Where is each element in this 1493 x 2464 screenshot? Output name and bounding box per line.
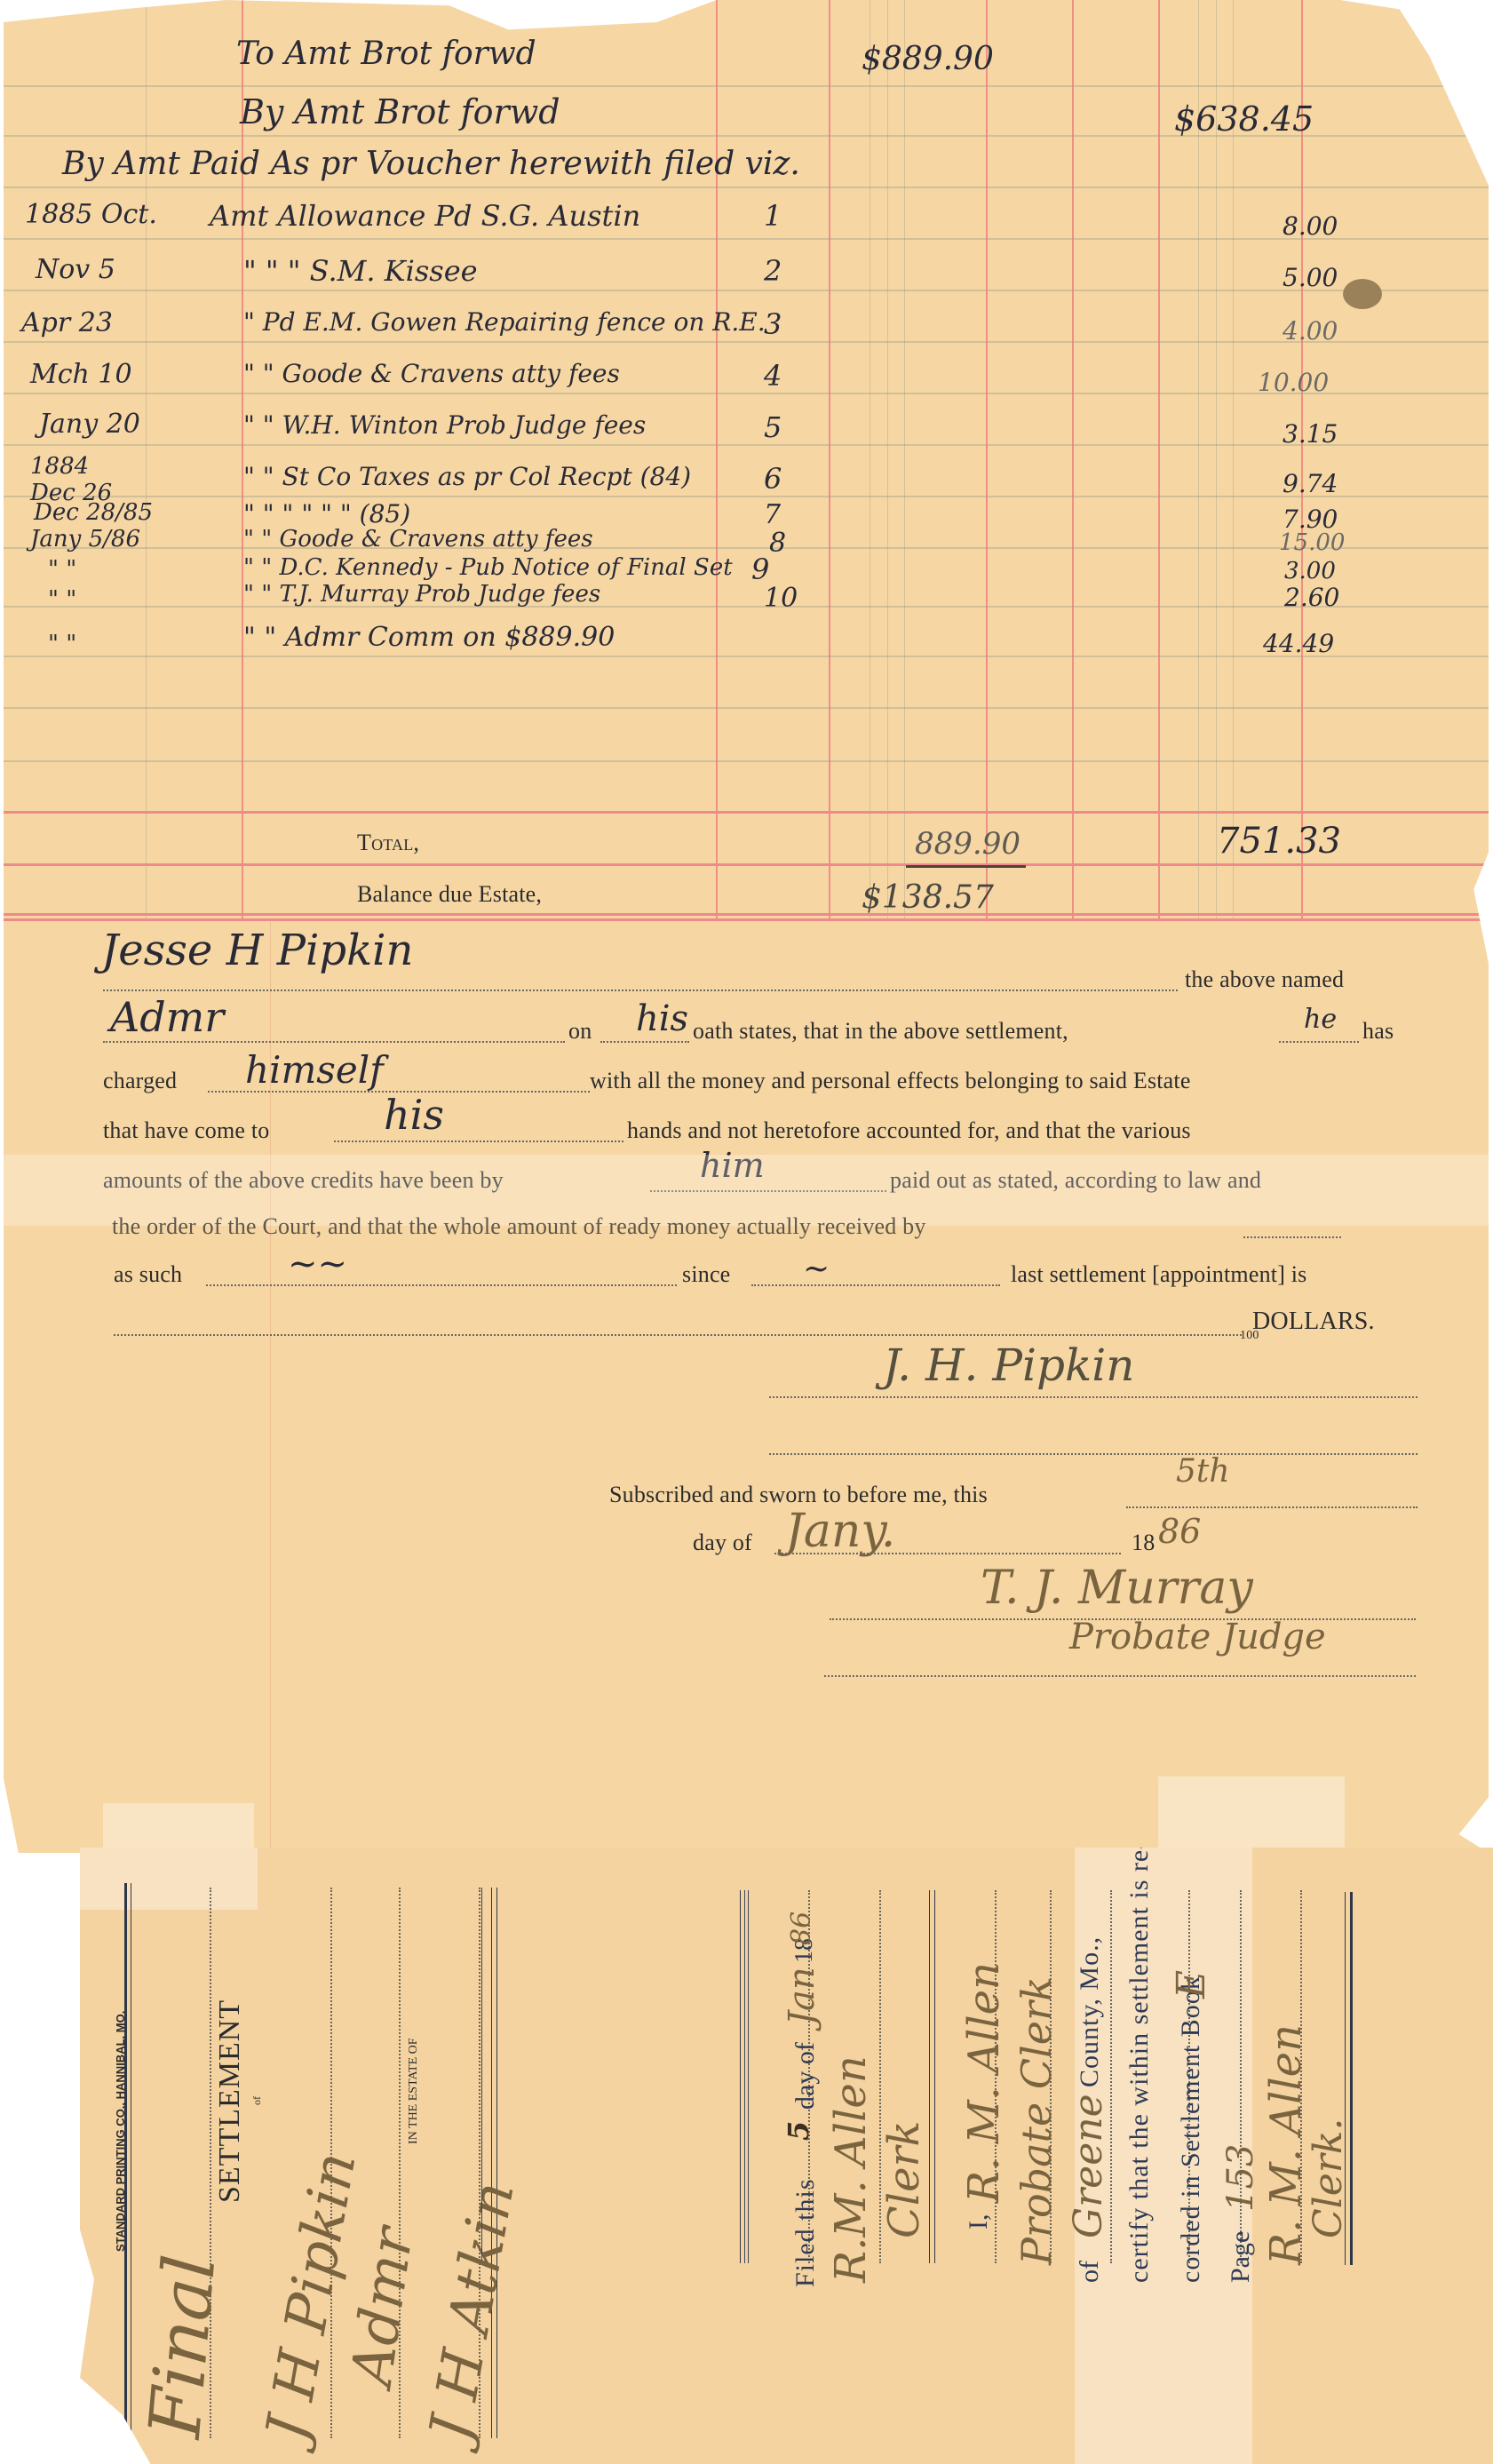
entry-description: Amt Allowance Pd S.G. Austin [210, 199, 640, 233]
ruled-line [4, 547, 1489, 549]
entry-date: Dec 28/85 [34, 499, 153, 526]
oath-text: has [1362, 1018, 1394, 1045]
page-value: 153 [1220, 2144, 1261, 2212]
oath-text: with all the money and personal effects … [590, 1068, 1191, 1094]
jurat-year: 86 [1158, 1512, 1201, 1551]
column-rule [870, 0, 870, 918]
docket-panel: STANDARD PRINTING CO., HANNIBAL, MO. Fin… [80, 1848, 1493, 2464]
estate-name: J H Atkin [417, 2177, 528, 2445]
entry-voucher: 1 [764, 199, 782, 233]
entry-description: " " " " " " (85) [243, 499, 410, 529]
final-label: Final [133, 2252, 232, 2441]
entry-description: " " Goode & Cravens atty fees [243, 359, 620, 388]
ruled-line [4, 496, 1489, 497]
panel-rule [128, 1883, 130, 2363]
entry-voucher: 4 [764, 359, 782, 393]
entry-amount: 15.00 [1279, 529, 1345, 556]
panel-rule [748, 1890, 749, 2263]
balance-label: Balance due Estate, [357, 881, 542, 908]
entry-description: " " " S.M. Kissee [243, 254, 478, 288]
entry-amount: 5.00 [1283, 263, 1338, 292]
ruled-line [4, 187, 1489, 188]
signature-line [824, 1675, 1416, 1677]
administrator-signature: J. H. Pipkin [883, 1339, 1134, 1391]
oath-text: as such [114, 1261, 182, 1288]
judge-signature: T. J. Murray [981, 1562, 1253, 1615]
settlement-title: SETTLEMENT [213, 1999, 247, 2203]
oath-text: oath states, that in the above settlemen… [693, 1018, 1068, 1045]
entry-date: " " [48, 586, 76, 613]
blank-dash-mark: ~ [803, 1251, 830, 1287]
county-name: Greene [1066, 2094, 1111, 2238]
entry-voucher: 7 [764, 499, 781, 530]
panel-rule [934, 1890, 935, 2263]
settlement-sheet: To Amt Brot forwd $889.90 By Amt Brot fo… [4, 0, 1489, 1853]
fill-line [1279, 1041, 1359, 1043]
blank-dash-mark: ~~ [288, 1244, 347, 1284]
entry-amount: 2.60 [1284, 583, 1339, 612]
totals-rule [4, 913, 1489, 916]
entry-voucher: 2 [764, 254, 782, 288]
ruled-line [4, 760, 1489, 762]
certify-text: certify that the within settlement is re… [1124, 1840, 1155, 2283]
column-rule [986, 0, 988, 918]
administrator-name: Jesse H Pipkin [101, 926, 413, 975]
page-label: Page [1226, 2231, 1256, 2283]
entry-amount: 3.15 [1283, 419, 1338, 449]
fill-line [334, 1141, 623, 1142]
fill-line [114, 1334, 1242, 1336]
tape-repair [80, 1848, 258, 1910]
book-value: E [1169, 1970, 1214, 1999]
column-rule [1158, 0, 1160, 918]
certifier-name: R. M. Allen [959, 1962, 1009, 2203]
total-debit: 889.90 [906, 826, 1026, 868]
jurat-text: day of [693, 1530, 752, 1556]
fill-line [751, 1284, 1000, 1286]
fill-line [600, 1041, 689, 1043]
above-named-text: the above named [1185, 966, 1344, 993]
fill-line [103, 990, 1178, 991]
fill-line [1126, 1506, 1418, 1508]
filed-year: 86 [786, 1912, 817, 1945]
entry-date: Apr 23 [21, 307, 113, 338]
total-label: Total, [357, 830, 419, 856]
judge-title: Probate Judge [1069, 1617, 1326, 1657]
dollars-label: DOLLARS. [1252, 1308, 1375, 1336]
filed-day: 5 [782, 2121, 815, 2141]
fill-line [1243, 1236, 1341, 1238]
i-label: I, [964, 2214, 994, 2230]
tape-repair [103, 1803, 254, 1853]
entry-amount: 3.00 [1284, 558, 1336, 584]
panel-rule [131, 1883, 131, 2434]
filed-clerk-title: Clerk [879, 2120, 929, 2238]
administrator-role: Admr [110, 993, 224, 1041]
fill-line [774, 1553, 1121, 1554]
filed-this-label: Filed this [790, 2178, 821, 2287]
column-rule [716, 0, 718, 918]
certifier-title: Probate Clerk [1013, 1976, 1060, 2265]
fill-line [103, 1041, 565, 1043]
entry-description: " " St Co Taxes as pr Col Recpt (84) [243, 462, 691, 491]
signature-line [769, 1453, 1418, 1455]
ruled-line [4, 707, 1489, 709]
paid-vouchers-heading: By Amt Paid As pr Voucher herewith filed… [62, 146, 800, 182]
fill-line [206, 1284, 677, 1286]
pronoun-fill: his [384, 1091, 444, 1139]
filed-month: Jan [782, 1967, 822, 2025]
brought-forward-credit-label: By Amt Brot forwd [240, 92, 560, 131]
ruled-line [4, 290, 1489, 291]
entry-amount: 44.49 [1263, 629, 1334, 658]
pronoun-fill: he [1304, 1004, 1337, 1035]
entry-date: Jany 20 [39, 409, 140, 440]
entry-amount: 4.00 [1283, 316, 1338, 346]
ruled-line [4, 341, 1489, 343]
totals-rule [4, 918, 1489, 921]
tape-repair [1158, 1776, 1345, 1853]
oath-text: on [568, 1018, 592, 1045]
balance-value: $138.57 [862, 879, 994, 916]
entry-description: " Pd E.M. Gowen Repairing fence on R.E. [243, 307, 766, 337]
recorded-text: corded in Settlement Book [1176, 1975, 1206, 2283]
entry-amount: 9.74 [1283, 469, 1338, 498]
county-suffix: County, Mo., [1075, 1936, 1105, 2087]
of-label: of [250, 2096, 264, 2105]
column-rule [829, 0, 830, 918]
entry-amount: 10.00 [1258, 368, 1329, 397]
entry-voucher: 5 [764, 410, 782, 444]
entry-date: Nov 5 [36, 254, 115, 285]
ruled-line [4, 85, 1489, 87]
jurat-day: 5th [1176, 1453, 1230, 1490]
oath-text: last settlement [appointment] is [1011, 1261, 1307, 1288]
final-clerk-signature: R. M. Allen [1261, 2024, 1311, 2265]
of-county-label: of [1075, 2261, 1105, 2283]
column-rule [1072, 0, 1074, 918]
signature-line [769, 1396, 1418, 1398]
day-of-label: day of [790, 2042, 821, 2110]
oath-text: hands and not heretofore accounted for, … [627, 1117, 1191, 1144]
ruled-line [4, 444, 1489, 446]
final-clerk-title: Clerk. [1306, 2118, 1351, 2238]
entry-voucher: 10 [764, 583, 798, 614]
panel-rule [740, 1890, 741, 2263]
panel-rule [929, 1890, 930, 2263]
entry-amount: 8.00 [1283, 211, 1338, 241]
panel-rule [481, 1888, 482, 2261]
column-rule [146, 0, 147, 918]
totals-rule [4, 863, 1489, 866]
pronoun-fill: his [636, 998, 688, 1039]
column-rule [904, 0, 905, 918]
entry-date: " " [48, 556, 76, 583]
entry-description: " " Admr Comm on $889.90 [243, 622, 615, 653]
totals-rule [4, 811, 1489, 814]
brought-forward-debit-label: To Amt Brot forwd [236, 36, 536, 72]
oath-text: charged [103, 1068, 177, 1094]
entry-description: " " W.H. Winton Prob Judge fees [243, 410, 646, 440]
ink-stain [1343, 279, 1382, 309]
printer-imprint: STANDARD PRINTING CO., HANNIBAL, MO. [114, 2011, 127, 2252]
jurat-year-prefix: 18 [1132, 1530, 1155, 1556]
total-credit: 751.33 [1217, 821, 1341, 862]
entry-voucher: 9 [751, 552, 769, 586]
entry-date: 1885 Oct. [25, 199, 157, 230]
entry-date: Mch 10 [30, 359, 132, 390]
entry-description: " " D.C. Kennedy - Pub Notice of Final S… [243, 554, 733, 581]
panel-rule [744, 1890, 745, 2263]
entry-date: 1884 Dec 26 [30, 453, 128, 506]
in-estate-of-label: IN THE ESTATE OF [407, 2038, 421, 2144]
entry-date: " " [48, 631, 76, 657]
ruled-line [4, 238, 1489, 240]
entry-date: Jany 5/86 [30, 526, 140, 552]
filed-clerk: R.M. Allen [826, 2055, 876, 2283]
entry-voucher: 6 [764, 462, 782, 496]
entry-voucher: 3 [764, 307, 782, 341]
column-rule [242, 0, 243, 918]
ruled-line [4, 606, 1489, 608]
oath-text: the order of the Court, and that the who… [112, 1213, 926, 1240]
jurat-month: Jany. [785, 1505, 895, 1558]
entry-description: " " Goode & Cravens atty fees [243, 526, 593, 552]
column-rule [887, 0, 888, 918]
entry-description: " " T.J. Murray Prob Judge fees [243, 581, 600, 608]
oath-text: that have come to [103, 1117, 270, 1144]
pronoun-fill: himself [245, 1048, 384, 1092]
entry-voucher: 8 [769, 528, 786, 559]
oath-text: since [682, 1261, 730, 1288]
brought-forward-debit-amount: $889.90 [862, 41, 994, 77]
brought-forward-credit-amount: $638.45 [1174, 99, 1314, 139]
